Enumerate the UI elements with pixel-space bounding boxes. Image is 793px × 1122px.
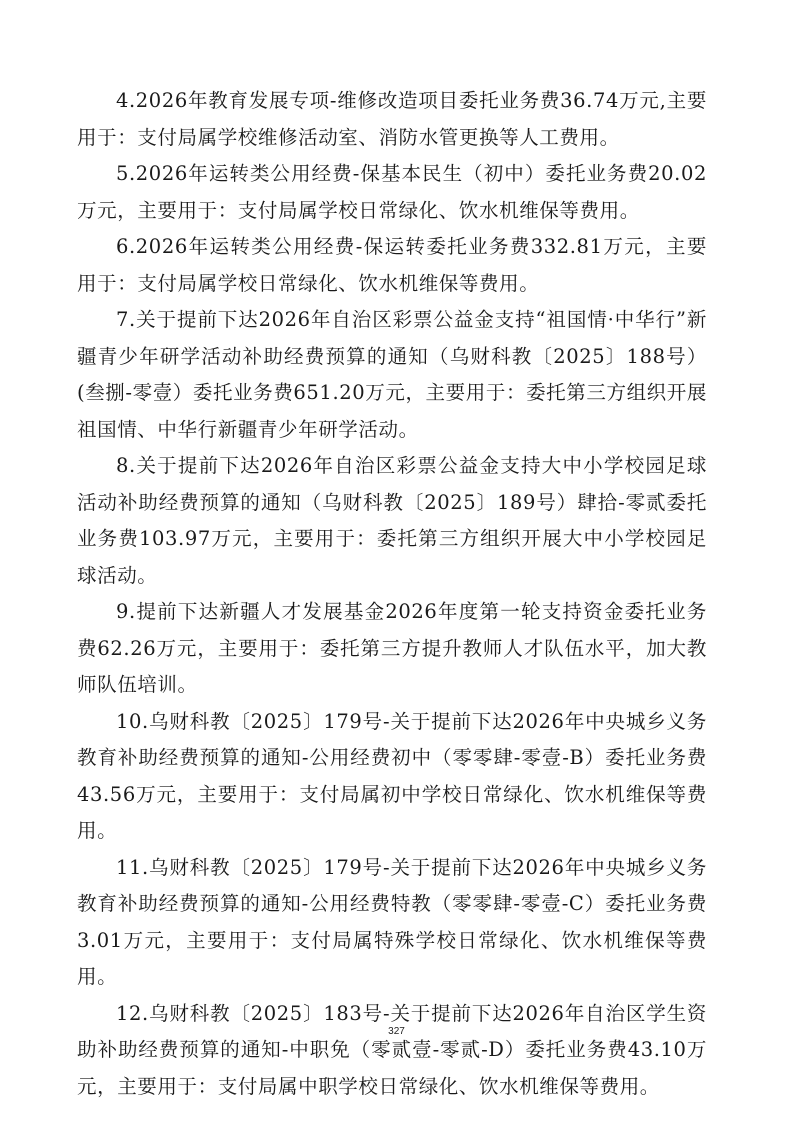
page-number: 327 <box>0 1026 793 1037</box>
paragraph-item-5: 5.2026年运转类公用经费-保基本民生（初中）委托业务费20.02万元，主要用… <box>77 156 707 229</box>
paragraph-item-8: 8.关于提前下达2026年自治区彩票公益金支持大中小学校园足球活动补助经费预算的… <box>77 448 707 594</box>
paragraph-item-6: 6.2026年运转类公用经费-保运转委托业务费332.81万元，主要用于：支付局… <box>77 229 707 302</box>
document-body: 4.2026年教育发展专项-维修改造项目委托业务费36.74万元,主要用于：支付… <box>77 83 707 1105</box>
paragraph-item-9: 9.提前下达新疆人才发展基金2026年度第一轮支持资金委托业务费62.26万元，… <box>77 594 707 704</box>
paragraph-item-12: 12.乌财科教〔2025〕183号-关于提前下达2026年自治区学生资助补助经费… <box>77 996 707 1106</box>
paragraph-item-4: 4.2026年教育发展专项-维修改造项目委托业务费36.74万元,主要用于：支付… <box>77 83 707 156</box>
paragraph-item-10: 10.乌财科教〔2025〕179号-关于提前下达2026年中央城乡义务教育补助经… <box>77 704 707 850</box>
paragraph-item-11: 11.乌财科教〔2025〕179号-关于提前下达2026年中央城乡义务教育补助经… <box>77 850 707 996</box>
paragraph-item-7: 7.关于提前下达2026年自治区彩票公益金支持“祖国情·中华行”新疆青少年研学活… <box>77 302 707 448</box>
